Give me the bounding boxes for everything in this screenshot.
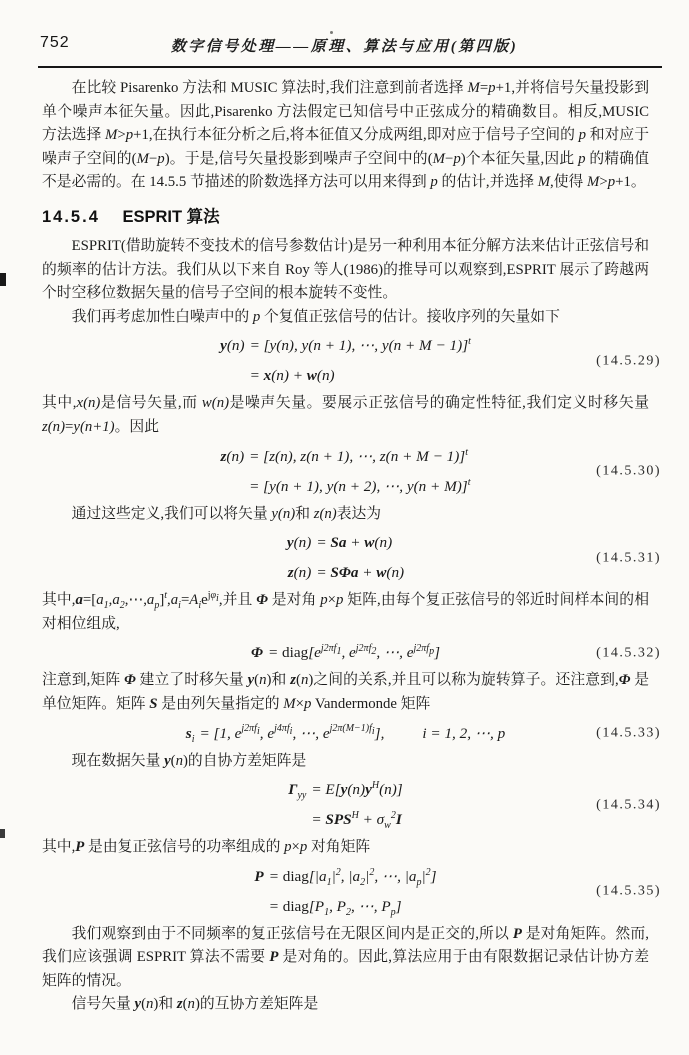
paragraph-where-p: 其中,P 是由复正弦信号的功率组成的 p×p 对角矩阵 bbox=[42, 836, 649, 860]
eq-rhs-main: = [1, ej2πfi, ej4πfi, ⋯, ej2π(M−1)fi], bbox=[200, 725, 385, 742]
scan-artifact-left-upper bbox=[0, 273, 6, 286]
book-page: 752 数字信号处理——原理、算法与应用(第四版) 在比较 Pisarenko … bbox=[0, 0, 689, 1055]
running-title: 数字信号处理——原理、算法与应用(第四版) bbox=[0, 35, 689, 56]
paragraph-autocov: 现在数据矢量 y(n)的自协方差矩阵是 bbox=[42, 750, 649, 774]
equation-lines: y(n) = [y(n), y(n + 1), ⋯, y(n + M − 1)]… bbox=[220, 333, 471, 388]
eq-lhs-empty bbox=[220, 363, 249, 388]
page-content: 在比较 Pisarenko 方法和 MUSIC 算法时,我们注意到前者选择 M=… bbox=[0, 68, 689, 1017]
equation-lines: si = [1, ej2πfi, ej4πfi, ⋯, ej2π(M−1)fi]… bbox=[186, 721, 505, 746]
eq-rhs: = SPSH + σw2I bbox=[311, 807, 402, 832]
eq-lhs: z(n) bbox=[287, 560, 316, 585]
equation-14-5-34: Γyy = E[y(n)yH(n)] = SPSH + σw2I (14.5.3… bbox=[42, 777, 649, 832]
equation-number: (14.5.29) bbox=[596, 348, 661, 373]
equation-number: (14.5.35) bbox=[596, 879, 661, 904]
eq-rhs: = [1, ej2πfi, ej4πfi, ⋯, ej2π(M−1)fi],i … bbox=[200, 721, 506, 746]
eq-rhs: = Sa + w(n) bbox=[316, 530, 404, 555]
eq-rhs: = x(n) + w(n) bbox=[250, 363, 471, 388]
equation-14-5-33: si = [1, ej2πfi, ej4πfi, ⋯, ej2π(M−1)fi]… bbox=[42, 721, 649, 746]
equation-lines: Φ = diag[ej2πf1, ej2πf2, ⋯, ej2πfp] bbox=[251, 640, 440, 665]
eq-rhs: = E[y(n)yH(n)] bbox=[311, 777, 402, 802]
paragraph-consider: 我们再考虑加性白噪声中的 p 个复值正弦信号的估计。接收序列的矢量如下 bbox=[42, 306, 649, 330]
equation-14-5-31: y(n) = Sa + w(n) z(n) = SΦa + w(n) (14.5… bbox=[42, 530, 649, 585]
section-title: ESPRIT 算法 bbox=[122, 208, 219, 226]
section-number: 14.5.4 bbox=[42, 208, 100, 226]
eq-rhs: = diag[ej2πf1, ej2πf2, ⋯, ej2πfp] bbox=[268, 640, 440, 665]
equation-number: (14.5.30) bbox=[596, 459, 661, 484]
eq-rhs: = diag[P1, P2, ⋯, Pp] bbox=[269, 894, 437, 919]
eq-lhs: P bbox=[254, 864, 268, 889]
page-header: 752 数字信号处理——原理、算法与应用(第四版) bbox=[0, 0, 689, 56]
eq-lhs-empty bbox=[221, 474, 250, 499]
equation-14-5-30: z(n) = [z(n), z(n + 1), ⋯, z(n + M − 1)]… bbox=[42, 444, 649, 499]
equation-number: (14.5.31) bbox=[596, 545, 661, 570]
paragraph-through-defs: 通过这些定义,我们可以将矢量 y(n)和 z(n)表达为 bbox=[42, 503, 649, 527]
eq-rhs: = [y(n), y(n + 1), ⋯, y(n + M − 1)]t bbox=[250, 333, 471, 358]
eq-lhs: Γyy bbox=[288, 777, 311, 802]
equation-lines: y(n) = Sa + w(n) z(n) = SΦa + w(n) bbox=[287, 530, 404, 585]
equation-number: (14.5.34) bbox=[596, 792, 661, 817]
eq-lhs: y(n) bbox=[287, 530, 316, 555]
eq-lhs: si bbox=[186, 721, 200, 746]
equation-14-5-35: P = diag[|a1|2, |a2|2, ⋯, |ap|2] = diag[… bbox=[42, 864, 649, 919]
equation-lines: Γyy = E[y(n)yH(n)] = SPSH + σw2I bbox=[288, 777, 402, 832]
equation-14-5-32: Φ = diag[ej2πf1, ej2πf2, ⋯, ej2πfp] (14.… bbox=[42, 640, 649, 665]
eq-rhs: = SΦa + w(n) bbox=[316, 560, 404, 585]
paragraph-note-phi: 注意到,矩阵 Φ 建立了时移矢量 y(n)和 z(n)之间的关系,并且可以称为旋… bbox=[42, 669, 649, 716]
eq-rhs: = diag[|a1|2, |a2|2, ⋯, |ap|2] bbox=[269, 864, 437, 889]
paragraph-observe: 我们观察到由于不同频率的复正弦信号在无限区间内是正交的,所以 P 是对角矩阵。然… bbox=[42, 923, 649, 994]
eq-rhs: = [y(n + 1), y(n + 2), ⋯, y(n + M)]t bbox=[249, 474, 470, 499]
paragraph-where-a: 其中,a=[a1,a2,⋯,ap]t,ai=Aiejφi,并且 Φ 是对角 p×… bbox=[42, 589, 649, 636]
eq-lhs: y(n) bbox=[220, 333, 249, 358]
paragraph-compare-methods: 在比较 Pisarenko 方法和 MUSIC 算法时,我们注意到前者选择 M=… bbox=[42, 77, 649, 195]
equation-condition: i = 1, 2, ⋯, p bbox=[422, 725, 505, 742]
eq-rhs: = [z(n), z(n + 1), ⋯, z(n + M − 1)]t bbox=[249, 444, 470, 469]
scan-artifact-left-lower bbox=[0, 829, 5, 838]
paragraph-crosscov: 信号矢量 y(n)和 z(n)的互协方差矩阵是 bbox=[42, 993, 649, 1017]
section-heading: 14.5.4 ESPRIT 算法 bbox=[42, 206, 649, 228]
equation-14-5-29: y(n) = [y(n), y(n + 1), ⋯, y(n + M − 1)]… bbox=[42, 333, 649, 388]
equation-number: (14.5.33) bbox=[596, 721, 661, 746]
eq-lhs: Φ bbox=[251, 640, 268, 665]
eq-lhs-empty bbox=[254, 894, 268, 919]
eq-lhs-empty bbox=[288, 807, 311, 832]
eq-lhs: z(n) bbox=[221, 444, 250, 469]
equation-lines: P = diag[|a1|2, |a2|2, ⋯, |ap|2] = diag[… bbox=[254, 864, 436, 919]
equation-lines: z(n) = [z(n), z(n + 1), ⋯, z(n + M − 1)]… bbox=[221, 444, 471, 499]
equation-number: (14.5.32) bbox=[596, 640, 661, 665]
paragraph-where-xw: 其中,x(n)是信号矢量,而 w(n)是噪声矢量。要展示正弦信号的确定性特征,我… bbox=[42, 392, 649, 439]
paragraph-esprit-intro: ESPRIT(借助旋转不变技术的信号参数估计)是另一种利用本征分解方法来估计正弦… bbox=[42, 235, 649, 306]
